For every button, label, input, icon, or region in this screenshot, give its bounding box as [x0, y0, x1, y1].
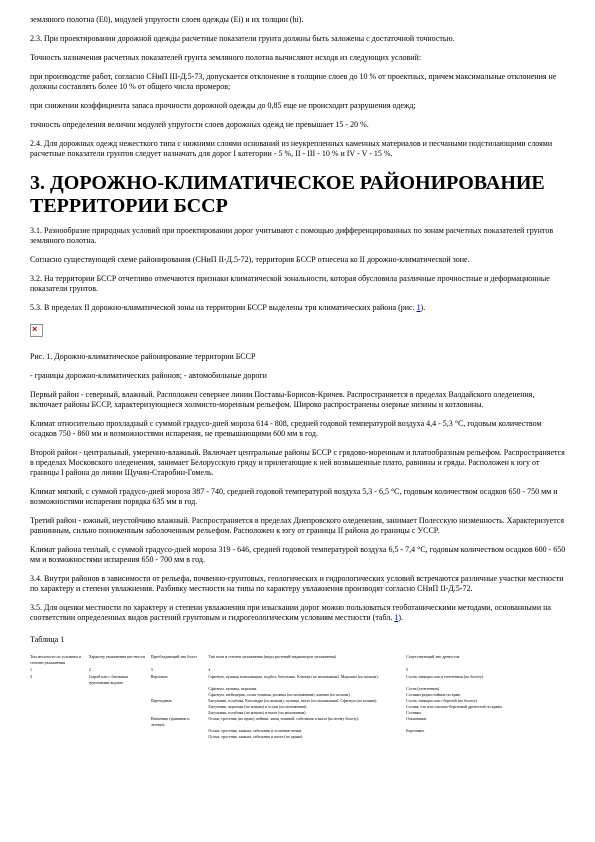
- table-cell: 4: [208, 666, 406, 674]
- table-cell: Низинные (травяные и лесные).: [151, 716, 209, 728]
- geobotanical-table: Тип местности по условиям и степени увла…: [30, 654, 560, 740]
- paragraph-text: ).: [398, 613, 403, 622]
- table-row: Осоки, тростник, камыш, сабельник и вахт…: [30, 734, 560, 740]
- table-cell: Верховые.: [151, 674, 209, 686]
- table-label: Таблица 1: [30, 635, 567, 645]
- section-heading: 3. ДОРОЖНО-КЛИМАТИЧЕСКОЕ РАЙОНИРОВАНИЕ Т…: [30, 172, 567, 218]
- table-cell: [406, 734, 560, 740]
- table-row: Низинные (травяные и лесные).Осоки, трос…: [30, 716, 560, 728]
- figure-legend: - границы дорожно-климатических районов;…: [30, 371, 567, 381]
- table-cell: [30, 734, 89, 740]
- paragraph: точность определения величин модулей упр…: [30, 120, 567, 130]
- table-cell: Тип местности по условиям и степени увла…: [30, 654, 89, 666]
- broken-image-icon[interactable]: ×: [30, 324, 43, 337]
- table-cell: 3: [30, 674, 89, 686]
- paragraph-text: 5.3. В пределах II дорожно-климатической…: [30, 303, 417, 312]
- paragraph-districts: 5.3. В пределах II дорожно-климатической…: [30, 303, 567, 313]
- table-cell: Сопутствующий тип древостоя: [406, 654, 560, 666]
- paragraph-table-ref: 3.5. Для оценки местности по характеру и…: [30, 603, 567, 623]
- paragraph-text: ).: [421, 303, 426, 312]
- paragraph: 2.4. Для дорожных одежд нежесткого типа …: [30, 139, 567, 159]
- table-cell: 2: [89, 666, 151, 674]
- paragraph: при производстве работ, согласно СНиП II…: [30, 72, 567, 92]
- table-cell: Сосна, низкорослая и угнетенная (по боло…: [406, 674, 560, 686]
- table-cell: Осоки, тростник, камыш, сабельник и вахт…: [208, 734, 406, 740]
- table-cell: [89, 716, 151, 728]
- table-cell: Сфагнум, пушица влагалищная, подбел, баг…: [208, 674, 406, 686]
- table-cell: [89, 734, 151, 740]
- paragraph: при снижении коэффициента запаса прочнос…: [30, 101, 567, 111]
- table-cell: 3: [151, 666, 209, 674]
- table-header-row: Тип местности по условиям и степени увла…: [30, 654, 560, 666]
- paragraph: земляного полотна (Е0), модулей упругост…: [30, 15, 567, 25]
- paragraph: Климат мягкий, с суммой градусо-дней мор…: [30, 487, 567, 507]
- paragraph: Климат относительно прохладный с суммой …: [30, 419, 567, 439]
- broken-image-x-icon: ×: [32, 324, 37, 335]
- table-cell: 1: [30, 666, 89, 674]
- figure-block: ×: [30, 322, 567, 343]
- table-cell: Тип почв и степень увлажнения (виды раст…: [208, 654, 406, 666]
- paragraph: Третий район - южный, неустойчиво влажны…: [30, 516, 567, 536]
- paragraph: Второй район - центральный, умеренно-вла…: [30, 448, 567, 478]
- table-cell: 5: [406, 666, 560, 674]
- table-cell: [151, 734, 209, 740]
- table-row: 3Сырой или с близкими грунтовыми водамиВ…: [30, 674, 560, 686]
- paragraph: Согласно существующей схеме районировани…: [30, 255, 567, 265]
- paragraph: Точность назначения расчетных показателе…: [30, 53, 567, 63]
- paragraph: 3.4. Внутри районов в зависимости от рел…: [30, 574, 567, 594]
- paragraph: 3.1. Разнообразие природных условий при …: [30, 226, 567, 246]
- table-cell: Осоки, тростник (по краю), вейник, хвощ …: [208, 716, 406, 728]
- table-cell: [30, 716, 89, 728]
- table-cell: Сырой или с близкими грунтовыми водами: [89, 674, 151, 686]
- paragraph: 3.2. На территории БССР отчетливо отмеча…: [30, 274, 567, 294]
- paragraph: 2.3. При проектировании дорожной одежды …: [30, 34, 567, 44]
- table-number-row: 12345: [30, 666, 560, 674]
- table-cell: Преобладающий тип болот: [151, 654, 209, 666]
- paragraph: Климат района теплый, с суммой градусо-д…: [30, 545, 567, 565]
- paragraph: Первый район - северный, влажный. Распол…: [30, 390, 567, 410]
- figure-caption: Рис. 1. Дорожно-климатическое районирова…: [30, 352, 567, 362]
- paragraph-text: 3.5. Для оценки местности по характеру и…: [30, 603, 551, 622]
- table-cell: Характер увлажнения местности: [89, 654, 151, 666]
- table-cell: Ольшаники.: [406, 716, 560, 728]
- document-page: земляного полотна (Е0), модулей упругост…: [0, 0, 595, 740]
